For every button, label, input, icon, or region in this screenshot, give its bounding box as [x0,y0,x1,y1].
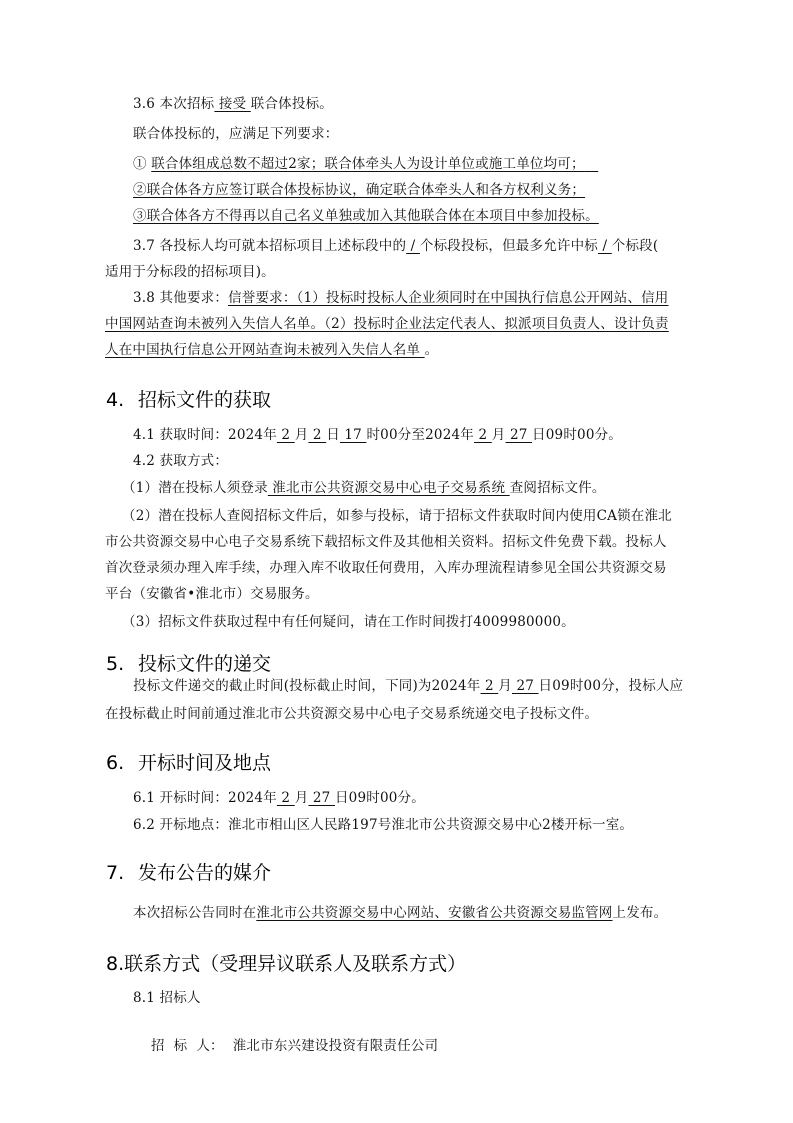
clause-3-6: 3.6 本次招标 接受 联合体投标。 [133,94,718,114]
consortium-accept-value: 接受 [214,96,250,112]
section-5-line1: 投标文件递交的截止时间(投标截止时间，下同)为2024年 2 月 27 日09时… [133,676,718,696]
clause-3-7-cont: 适用于分标段的招标项目)。 [105,262,690,282]
clause-4-2-2-line4: 平台（安徽省•淮北市）交易服务。 [105,584,690,604]
clause-3-8-line2: 中国网站查询未被列入失信人名单。（2）投标时企业法定代表人、拟派项目负责人、设计… [105,314,690,334]
clause-4-2-2-line2: 市公共资源交易中心电子交易系统下载招标文件及其他相关资料。招标文件免费下载。投标… [105,532,690,552]
clause-4-2-1: （1）潜在投标人须登录 淮北市公共资源交易中心电子交易系统 查阅招标文件。 [122,478,707,498]
clause-4-2-2-line1: （2）潜在投标人查阅招标文件后，如参与投标，请于招标文件获取时间内使用CA锁在淮… [122,506,707,526]
tenderer-label: 招 标 人： [151,1038,224,1054]
consortium-requirement-2: ②联合体各方应签订联合体投标协议，确定联合体牵头人和各方权利义务； [133,180,718,200]
section-7-heading: 7.发布公告的媒介 [106,860,271,886]
section-7-line1: 本次招标公告同时在淮北市公共资源交易中心网站、安徽省公共资源交易监管网上发布。 [133,903,718,923]
consortium-requirements-title: 联合体投标的，应满足下列要求： [133,124,718,144]
tenderer-row: 招 标 人： 淮北市东兴建设投资有限责任公司 [133,1016,718,1076]
clause-6-1: 6.1 开标时间：2024年 2 月 27 日09时00分。 [133,788,718,808]
clause-8-1: 8.1 招标人 [133,988,718,1008]
clause-4-2-3: （3）招标文件获取过程中有任何疑问，请在工作时间拨打4009980000。 [122,612,707,632]
clause-3-7: 3.7 各投标人均可就本招标项目上述标段中的 / 个标段投标，但最多允许中标 /… [133,236,718,256]
clause-4-2-2-line3: 首次登录须办理入库手续，办理入库不收取任何费用，入库办理流程请参见全国公共资源交… [105,558,690,578]
section-5-heading: 5.投标文件的递交 [106,651,271,677]
consortium-requirement-3: ③联合体各方不得再以自己名义单独或加入其他联合体在本项目中参加投标。 [133,206,718,226]
clause-4-2: 4.2 获取方式： [133,451,718,471]
section-8-heading: 8.联系方式（受理异议联系人及联系方式） [106,951,466,977]
document-page: 3.6 本次招标 接受 联合体投标。 联合体投标的，应满足下列要求： ① 联合体… [0,0,793,1123]
publishing-media-links: 淮北市公共资源交易中心网站、安徽省公共资源交易监管网 [256,905,612,921]
section-4-heading: 4.招标文件的获取 [106,387,271,413]
clause-4-1: 4.1 获取时间：2024年 2 月 2 日 17 时00分至2024年 2 月… [133,425,718,445]
section-5-line2: 在投标截止时间前通过淮北市公共资源交易中心电子交易系统递交电子投标文件。 [105,704,690,724]
section-6-heading: 6.开标时间及地点 [106,750,271,776]
consortium-requirement-1: ① 联合体组成总数不超过2家；联合体牵头人为设计单位或施工单位均可； [133,154,718,174]
tenderer-value: 淮北市东兴建设投资有限责任公司 [233,1038,439,1054]
trading-system-link: 淮北市公共资源交易中心电子交易系统 [268,480,510,496]
clause-3-8-line3: 人在中国执行信息公开网站查询未被列入失信人名单 。 [105,340,690,360]
clause-6-2: 6.2 开标地点：淮北市相山区人民路197号淮北市公共资源交易中心2楼开标一室。 [133,815,718,835]
clause-3-8: 3.8 其他要求：信誉要求：（1）投标时投标人企业须同时在中国执行信息公开网站、… [133,288,718,308]
